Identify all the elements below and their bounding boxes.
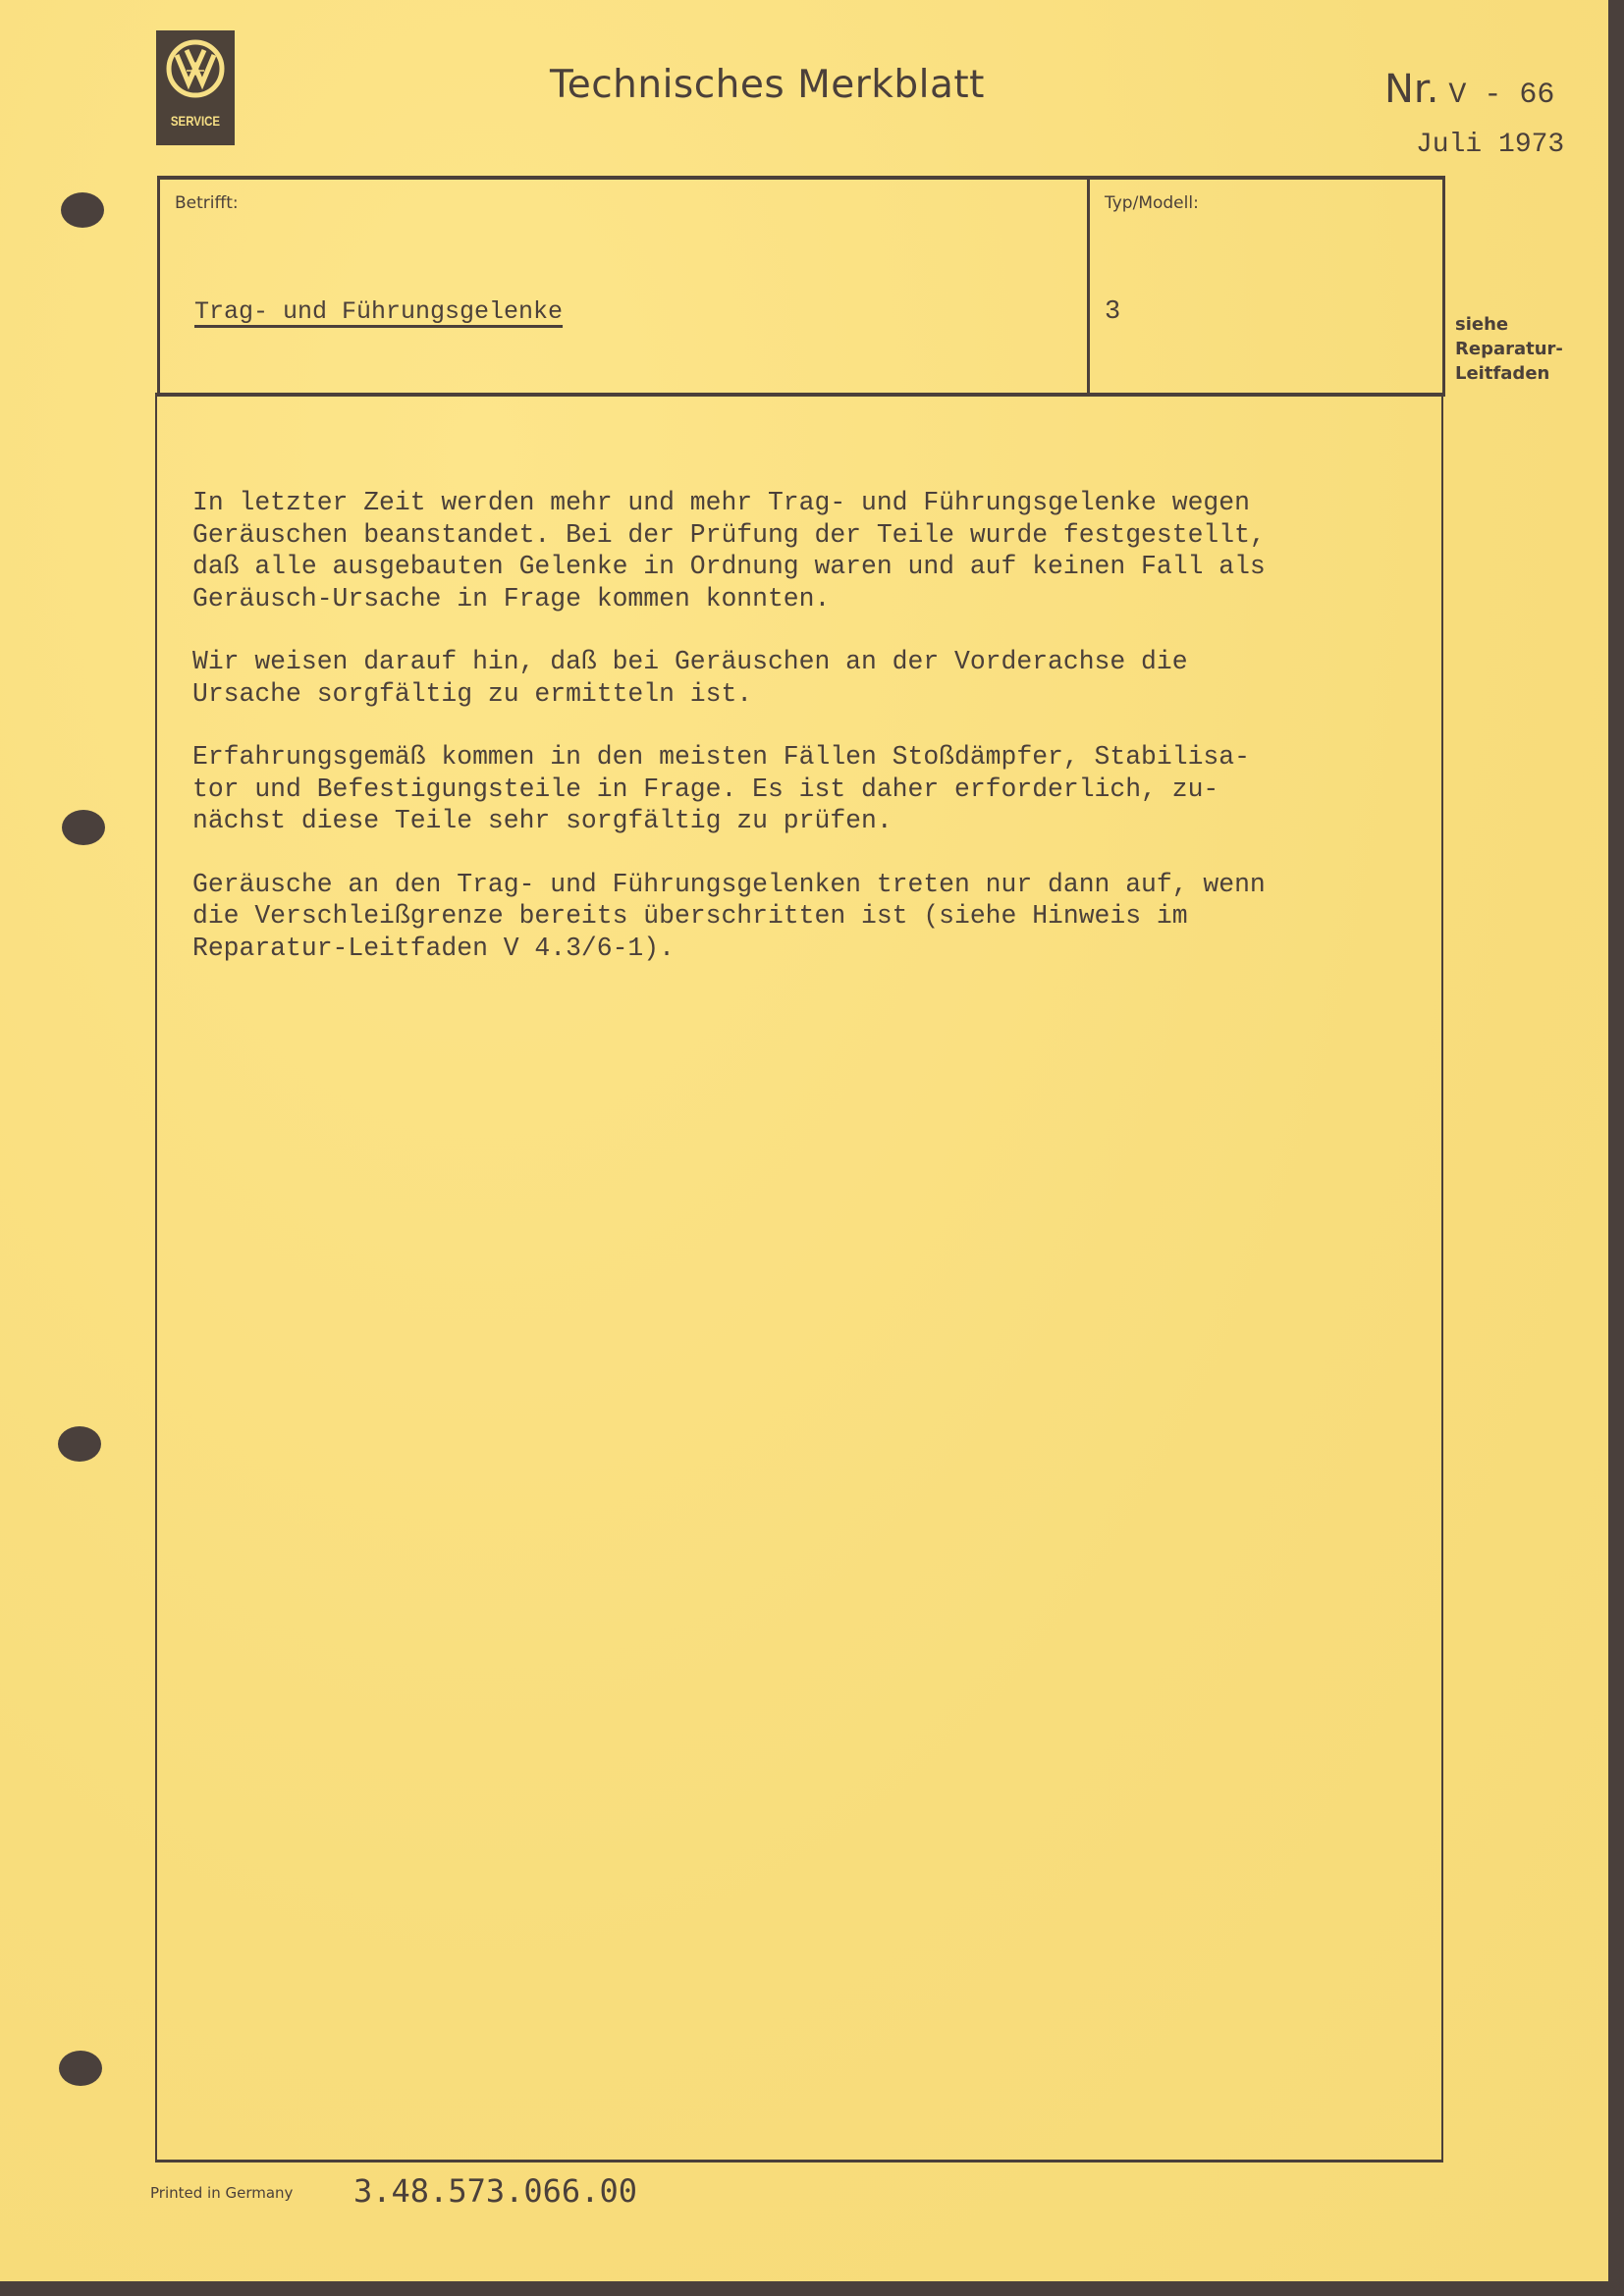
document-title: Technisches Merkblatt <box>550 63 985 107</box>
subject-label: Betrifft: <box>175 193 239 213</box>
side-note-line: Leitfaden <box>1455 361 1563 386</box>
body-text: In letzter Zeit werden mehr und mehr Tra… <box>192 487 1459 995</box>
column-divider <box>1087 180 1090 393</box>
document-number: Nr.V - 66 <box>1384 67 1554 112</box>
model-label: Typ/Modell: <box>1105 193 1199 213</box>
side-note-line: siehe <box>1455 312 1563 337</box>
document-page: SERVICE Technisches Merkblatt Nr.V - 66 … <box>0 0 1608 2281</box>
punch-hole <box>58 1426 101 1462</box>
punch-hole <box>59 2051 102 2086</box>
service-label: SERVICE <box>163 113 228 129</box>
vw-service-logo: SERVICE <box>156 30 235 145</box>
side-note: siehe Reparatur- Leitfaden <box>1455 312 1563 386</box>
form-number: 3.48.573.066.00 <box>353 2172 637 2210</box>
paragraph: Erfahrungsgemäß kommen in den meisten Fä… <box>192 741 1459 837</box>
subject-value: Trag- und Führungsgelenke <box>194 297 563 326</box>
paragraph: In letzter Zeit werden mehr und mehr Tra… <box>192 487 1459 614</box>
document-date: Juli 1973 <box>1416 130 1564 160</box>
info-box: Betrifft: Trag- und Führungsgelenke Typ/… <box>157 176 1445 397</box>
printed-in-label: Printed in Germany <box>150 2184 293 2202</box>
paragraph: Wir weisen darauf hin, daß bei Geräusche… <box>192 646 1459 710</box>
vw-logo-icon <box>165 38 226 99</box>
number-value: V - 66 <box>1448 79 1554 112</box>
number-label: Nr. <box>1384 67 1438 112</box>
model-value: 3 <box>1105 297 1120 327</box>
side-note-line: Reparatur- <box>1455 337 1563 361</box>
punch-hole <box>62 810 105 845</box>
paragraph: Geräusche an den Trag- und Führungsgelen… <box>192 869 1459 965</box>
punch-hole <box>61 192 104 228</box>
